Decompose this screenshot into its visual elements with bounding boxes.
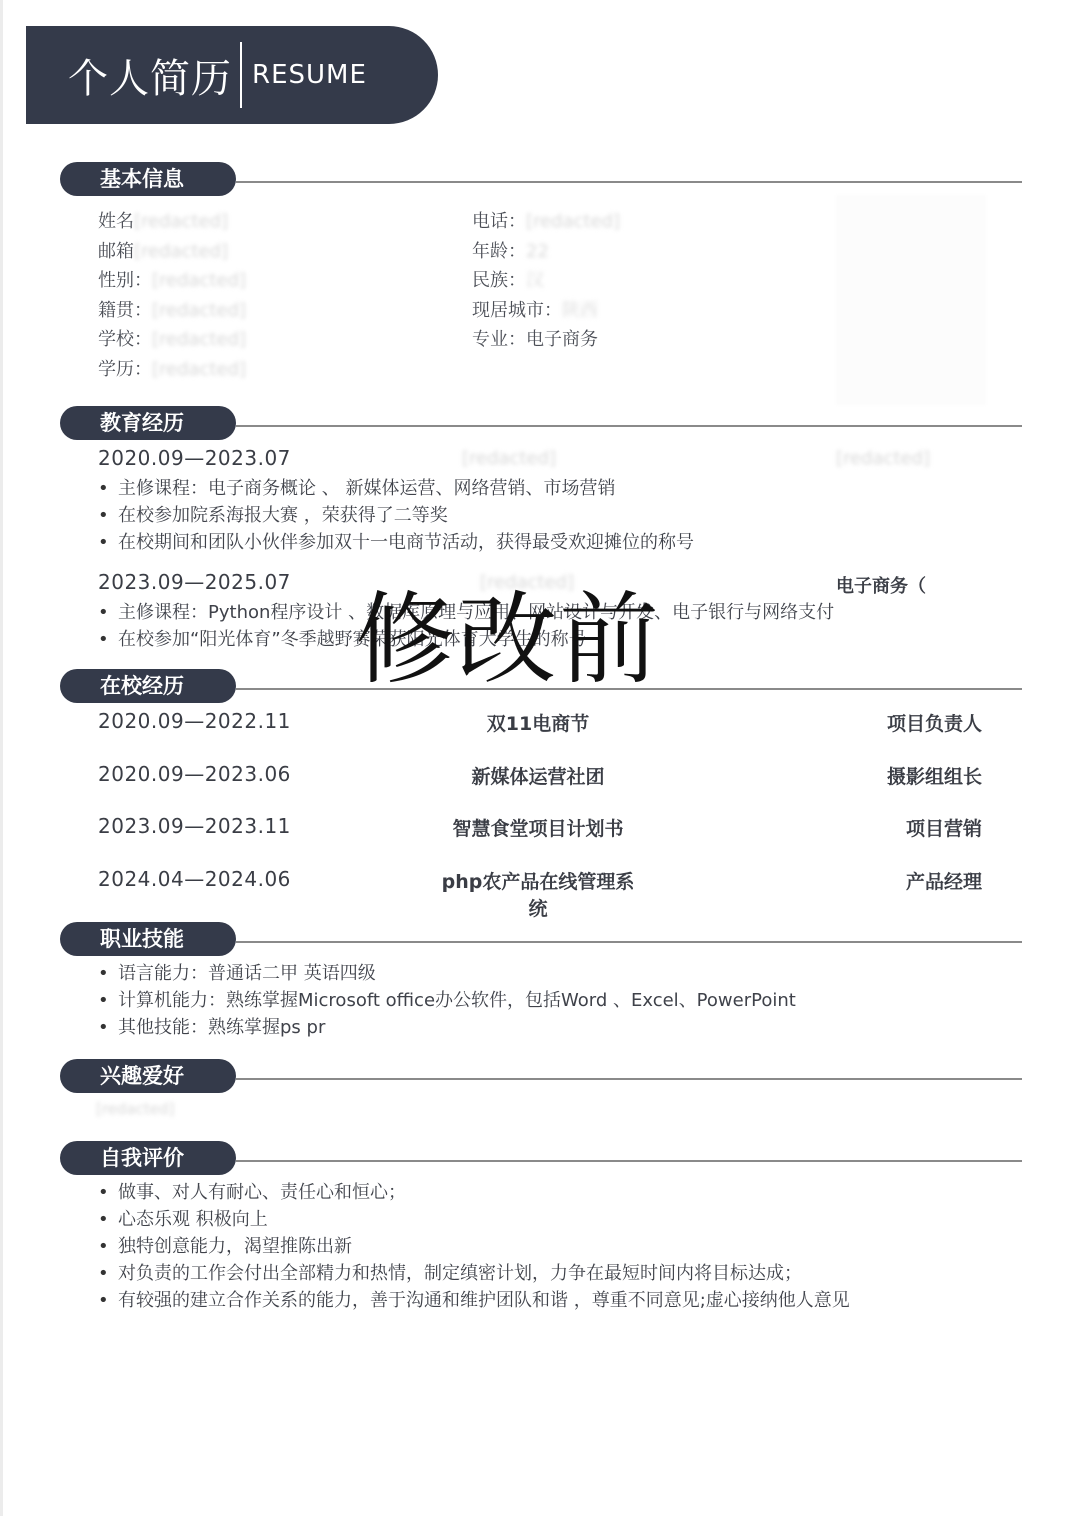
campus-role: 项目负责人 xyxy=(887,709,982,736)
info-major: 专业：电子商务 xyxy=(472,325,598,351)
edu-period: 2023.09—2025.07 xyxy=(98,570,291,594)
section-self-eval: 自我评价 xyxy=(60,1141,1022,1175)
edu-school: [redacted] xyxy=(462,448,556,469)
section-divider xyxy=(236,181,1022,183)
list-item: 语言能力：普通话二甲 英语四级 xyxy=(98,960,796,987)
campus-period: 2024.04—2024.06 xyxy=(98,867,291,891)
campus-row: 2020.09—2023.06 新媒体运营社团 摄影组组长 xyxy=(98,762,982,792)
info-name: 姓名[redacted] xyxy=(98,207,228,233)
campus-activity: 新媒体运营社团 xyxy=(438,762,638,789)
skills-bullets: 语言能力：普通话二甲 英语四级 计算机能力：熟练掌握Microsoft offi… xyxy=(98,960,796,1041)
campus-period: 2020.09—2023.06 xyxy=(98,762,291,786)
info-email: 邮箱[redacted] xyxy=(98,237,228,263)
section-title: 自我评价 xyxy=(60,1141,236,1175)
list-item: 主修课程：电子商务概论 、 新媒体运营、网络营销、市场营销 xyxy=(98,475,694,502)
list-item: 做事、对人有耐心、责任心和恒心； xyxy=(98,1179,850,1206)
campus-role: 项目营销 xyxy=(906,814,982,841)
campus-role: 摄影组组长 xyxy=(887,762,982,789)
section-divider xyxy=(236,425,1022,427)
campus-activity: php农产品在线管理系统 xyxy=(438,867,638,921)
info-city: 现居城市：陕西 xyxy=(472,296,598,322)
list-item: 计算机能力：熟练掌握Microsoft office办公软件，包括Word 、E… xyxy=(98,987,796,1014)
edu-major: 电子商务（ xyxy=(836,572,926,598)
info-gender: 性别：[redacted] xyxy=(98,266,246,292)
banner-title-cn: 个人简历 xyxy=(68,47,232,104)
section-divider xyxy=(236,1078,1022,1080)
campus-role: 产品经理 xyxy=(906,867,982,894)
section-hobbies: 兴趣爱好 xyxy=(60,1059,1022,1093)
campus-activity: 双11电商节 xyxy=(438,709,638,736)
section-title: 基本信息 xyxy=(60,162,236,196)
list-item: 心态乐观 积极向上 xyxy=(98,1206,850,1233)
section-title: 兴趣爱好 xyxy=(60,1059,236,1093)
hobbies-text: [redacted] xyxy=(96,1100,174,1118)
list-item: 对负责的工作会付出全部精力和热情，制定缜密计划，力争在最短时间内将目标达成； xyxy=(98,1260,850,1287)
resume-banner: 个人简历 RESUME xyxy=(26,26,438,124)
edu-period: 2020.09—2023.07 xyxy=(98,446,291,470)
edu-major: [redacted] xyxy=(836,448,930,469)
campus-period: 2020.09—2022.11 xyxy=(98,709,291,733)
campus-activity: 智慧食堂项目计划书 xyxy=(438,814,638,841)
info-degree: 学历：[redacted] xyxy=(98,355,246,381)
list-item: 在校期间和团队小伙伴参加双十一电商节活动，获得最受欢迎摊位的称号 xyxy=(98,529,694,556)
edu-bullets: 主修课程：电子商务概论 、 新媒体运营、网络营销、市场营销 在校参加院系海报大赛… xyxy=(98,475,694,556)
list-item: 有较强的建立合作关系的能力，善于沟通和维护团队和谐 ，尊重不同意见;虚心接纳他人… xyxy=(98,1287,850,1314)
self-eval-bullets: 做事、对人有耐心、责任心和恒心； 心态乐观 积极向上 独特创意能力，渴望推陈出新… xyxy=(98,1179,850,1314)
section-education: 教育经历 xyxy=(60,406,1022,440)
info-school: 学校：[redacted] xyxy=(98,325,246,351)
list-item: 在校参加院系海报大赛 ，荣获得了二等奖 xyxy=(98,502,694,529)
campus-row: 2020.09—2022.11 双11电商节 项目负责人 xyxy=(98,709,982,739)
list-item: 其他技能：熟练掌握ps pr xyxy=(98,1014,796,1041)
section-skills: 职业技能 xyxy=(60,922,1022,956)
section-divider xyxy=(236,941,1022,943)
info-ethnicity: 民族：汉 xyxy=(472,266,544,292)
campus-row: 2024.04—2024.06 php农产品在线管理系统 产品经理 xyxy=(98,867,982,897)
campus-period: 2023.09—2023.11 xyxy=(98,814,291,838)
section-title: 职业技能 xyxy=(60,922,236,956)
page-edge xyxy=(0,0,3,1516)
profile-photo-redacted xyxy=(836,195,986,405)
section-title: 教育经历 xyxy=(60,406,236,440)
info-hometown: 籍贯：[redacted] xyxy=(98,296,246,322)
section-divider xyxy=(236,1160,1022,1162)
info-age: 年龄：22 xyxy=(472,237,549,263)
info-phone: 电话：[redacted] xyxy=(472,207,620,233)
section-title: 在校经历 xyxy=(60,669,236,703)
section-basic-info: 基本信息 xyxy=(60,162,1022,196)
campus-row: 2023.09—2023.11 智慧食堂项目计划书 项目营销 xyxy=(98,814,982,844)
watermark-before-edit: 修改前 xyxy=(355,590,661,690)
list-item: 独特创意能力，渴望推陈出新 xyxy=(98,1233,850,1260)
banner-divider xyxy=(240,42,242,108)
banner-title-en: RESUME xyxy=(252,60,367,90)
